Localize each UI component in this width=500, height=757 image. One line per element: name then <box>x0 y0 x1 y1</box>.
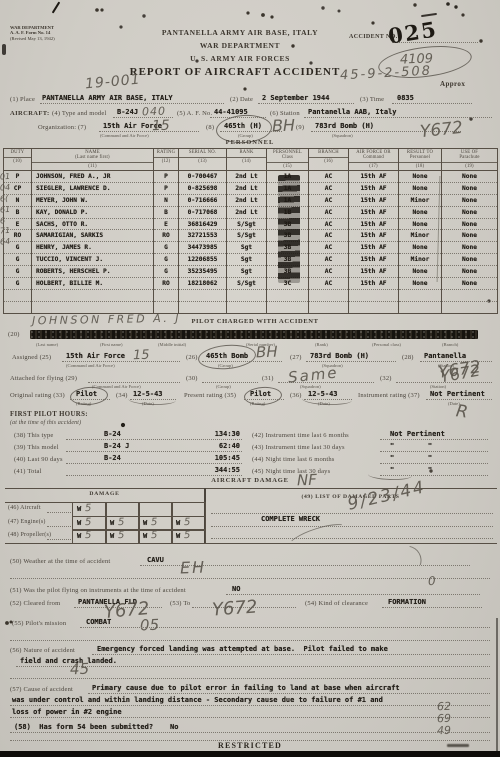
header-base-line: PANTANELLA ARMY AIR BASE, ITALY <box>120 28 360 37</box>
cell-airforce: 15th AF <box>349 278 399 290</box>
scan-mark-topleft <box>2 44 6 55</box>
cell-result: None <box>399 278 442 290</box>
cell-rank: S/Sgt <box>227 230 267 242</box>
form-line <box>47 539 71 540</box>
instruments-value: NO <box>232 585 240 593</box>
cell-serial: 0-700467 <box>179 171 227 183</box>
form-line <box>226 594 480 595</box>
hours-value: 344:55 <box>192 466 240 474</box>
header-number: (19) <box>442 162 497 169</box>
form54-question: (58) Has form 54 been submitted? <box>14 723 153 731</box>
cell-name: SIEGLER, LAWRENCE D. <box>32 182 154 194</box>
hours-label: (43) Instrument time last 30 days <box>252 444 345 451</box>
cell-parachute: None <box>442 218 498 230</box>
pencil-underline <box>368 469 412 481</box>
cell-serial: 0-825698 <box>179 182 227 194</box>
form54-answer: No <box>170 723 178 731</box>
cell-name: ROBERTS, HERSCHEL P. <box>32 266 154 278</box>
attached-31-label: (31) <box>262 375 274 382</box>
header-line1: Duty <box>4 150 31 155</box>
cell-result: None <box>399 171 442 183</box>
assigned-af-sublabel: (Command and Air Force) <box>66 363 115 368</box>
personnel-column-header: Branch (16) <box>309 149 349 171</box>
cell-rank: Sgt <box>227 242 267 254</box>
cell-branch: AC <box>309 182 349 194</box>
hours-value: 62:40 <box>192 442 240 450</box>
personnel-row: G TUCCIO, VINCENT J. G 12206855 Sgt 3B A… <box>4 254 498 266</box>
header-line2: Parachute <box>442 155 497 160</box>
cell-name <box>32 289 154 301</box>
form-line <box>306 361 396 362</box>
cell-branch: AC <box>309 230 349 242</box>
margin-number <box>0 270 14 282</box>
damage-section-handwritten: NF <box>297 471 317 490</box>
cleared-label: (52) Cleared from <box>10 600 60 607</box>
type-label: (4) Type and model <box>52 110 106 117</box>
hours-row: (42) Instrument time last 6 months Not P… <box>252 430 492 442</box>
cause-line1: Primary cause due to pilot error in fail… <box>92 684 400 692</box>
sublabel-personal-class: (Personal class) <box>372 342 401 347</box>
assigned-sq-value: 783rd Bomb (H) <box>310 352 369 360</box>
form-line <box>66 439 242 440</box>
cell-parachute: None <box>442 182 498 194</box>
header-line1: Rating <box>154 150 178 155</box>
cell-rank: 2nd Lt <box>227 206 267 218</box>
cell-result <box>399 301 442 313</box>
hours-label: (38) This type <box>14 432 54 439</box>
sublabel-rank: (Rank) <box>315 342 328 347</box>
cell-airforce: 15th AF <box>349 230 399 242</box>
personnel-column-header: Rank (14) <box>227 149 267 171</box>
damage-w-typed: W <box>77 532 81 540</box>
cell-name: MEYER, JOHN W. <box>32 194 154 206</box>
header-dept-line: WAR DEPARTMENT <box>120 41 360 50</box>
personnel-row: P JOHNSON, FRED A., JR P 0-700467 2nd Lt… <box>4 171 498 183</box>
cell-branch: AC <box>309 206 349 218</box>
cell-rating: P <box>154 182 179 194</box>
personnel-section-title: PERSONNEL <box>180 139 320 146</box>
cell-rating: G <box>154 254 179 266</box>
damage-table: DAMAGE (49) LIST OF DAMAGED PARTS COMPLE… <box>5 488 497 544</box>
damaged-parts-value: COMPLETE WRECK <box>261 515 320 523</box>
cell-serial: 34473985 <box>179 242 227 254</box>
damage-rows: (46) Aircraft W 5 (47) E <box>5 502 204 543</box>
form-line <box>92 654 490 655</box>
personnel-column-header: Rating (12) <box>154 149 179 171</box>
cell-airforce: 15th AF <box>349 171 399 183</box>
cell-name <box>32 301 154 313</box>
cell-duty <box>4 289 32 301</box>
cell-name: HENRY, JAMES R. <box>32 242 154 254</box>
orig-rating-label: Original rating (33) <box>10 392 65 399</box>
cell-parachute <box>442 289 498 301</box>
cell-rank: 2nd Lt <box>227 182 267 194</box>
header-line1: Serial No. <box>179 150 226 155</box>
hours-label: (39) This model <box>14 444 59 451</box>
hours-subtitle: (at the time of this accident) <box>10 420 81 426</box>
pilot-section-title: PILOT CHARGED WITH ACCIDENT <box>170 318 340 325</box>
damage-w-typed: W <box>110 532 114 540</box>
nature-label: (56) Nature of accident <box>10 647 75 654</box>
personnel-row: G ROBERTS, HERSCHEL P. G 35235495 Sgt 3B… <box>4 266 498 278</box>
cell-branch: AC <box>309 254 349 266</box>
cell-parachute: None <box>442 171 498 183</box>
scan-bottom-bar <box>0 751 500 757</box>
pencil-scribble <box>286 519 351 555</box>
instr-rating-value: Not Pertinent <box>430 390 485 398</box>
present-rating-label: Present rating (35) <box>184 392 236 399</box>
form-line <box>47 526 71 527</box>
hours-type: B-24 J <box>104 442 129 450</box>
hours-row: (40) Last 90 days B-24 105:45 <box>14 454 244 466</box>
instruments-label: (51) Was the pilot flying on instruments… <box>10 587 186 594</box>
damage-degree-handwritten: 5 <box>151 516 158 527</box>
cell-branch: AC <box>309 171 349 183</box>
header-number: (12) <box>154 157 178 164</box>
damage-w-typed: W <box>176 532 180 540</box>
cell-branch: AC <box>309 266 349 278</box>
cell-rating: RO <box>154 230 179 242</box>
cause-label: (57) Cause of accident <box>10 686 73 693</box>
form-line <box>380 451 488 452</box>
cell-parachute <box>442 301 498 313</box>
cell-rank: S/Sgt <box>227 218 267 230</box>
personnel-row <box>4 301 498 313</box>
damage-degree-handwritten: 5 <box>85 503 92 514</box>
scan-edge-right <box>496 618 498 757</box>
cell-parachute: None <box>442 266 498 278</box>
case-no-handwritten: 19-001 <box>84 72 141 93</box>
form-line <box>99 131 199 132</box>
nature-line2: field and crash landed. <box>20 657 117 665</box>
form-line <box>88 382 180 383</box>
hours-type: B-24 <box>104 430 121 438</box>
cell-rating: E <box>154 218 179 230</box>
hours-label: (42) Instrument time last 6 months <box>252 432 349 439</box>
attached-same-handwritten: Same <box>287 363 339 386</box>
cleared-handwritten-2: 05 <box>140 616 160 635</box>
cell-parachute: None <box>442 278 498 290</box>
header-number: (14) <box>227 157 266 164</box>
form-line <box>47 512 71 513</box>
to-handwritten: Y672 <box>211 596 258 620</box>
instr-rating-handwritten: R <box>455 401 469 422</box>
org-sq-handwritten: Y672 <box>419 118 464 142</box>
form-line <box>10 705 490 706</box>
cell-serial: 36816429 <box>179 218 227 230</box>
pencil-underline <box>128 393 176 406</box>
hours-title: FIRST PILOT HOURS: <box>10 411 88 418</box>
form-line <box>40 103 224 104</box>
hours-left-rows: (38) This type B-24 134:30 (39) This mod… <box>14 430 244 478</box>
header-number: (10) <box>4 157 31 164</box>
personnel-column-header: Air Force or Command (17) <box>349 149 399 171</box>
org-sq-value: 783rd Bomb (H) <box>315 122 374 130</box>
time-value: 0835 <box>397 94 414 102</box>
personnel-column-header: NAME (Last name first) (11) <box>32 149 154 171</box>
org-label: Organization: (7) <box>38 124 86 131</box>
cell-airforce: 15th AF <box>349 206 399 218</box>
type-value: B-24J <box>117 108 138 116</box>
cell-name: KAY, DONALD P. <box>32 206 154 218</box>
clearance-value: FORMATION <box>388 598 426 606</box>
damage-degree-handwritten: 5 <box>85 530 92 541</box>
cell-airforce <box>349 301 399 313</box>
cell-serial <box>179 301 227 313</box>
assigned-group-handwritten: BH <box>256 343 278 362</box>
aircraft-label: AIRCRAFT: <box>10 110 50 117</box>
hours-label: (44) Night time last 6 months <box>252 456 335 463</box>
scan-mark-top <box>52 1 61 13</box>
cell-result: Minor <box>399 194 442 206</box>
personnel-column-header: Duty (10) <box>4 149 32 171</box>
cell-rank: 2nd Lt <box>227 171 267 183</box>
cell-parachute: None <box>442 242 498 254</box>
cell-branch: AC <box>309 278 349 290</box>
assigned-af-value: 15th Air Force <box>66 352 125 360</box>
header-number: (15) <box>267 162 308 169</box>
form-line <box>244 399 284 400</box>
damaged-parts-date-handwritten: 9/23/44 <box>346 477 428 514</box>
form-line <box>382 607 482 608</box>
form-line <box>62 361 180 362</box>
form-line <box>211 538 493 539</box>
form-line <box>80 627 490 628</box>
header-line1: Branch <box>309 150 348 155</box>
assigned-sta-label: (28) <box>402 354 414 361</box>
form-line <box>426 399 492 400</box>
form-line <box>392 103 472 104</box>
cell-rating: RO <box>154 278 179 290</box>
assigned-group-sublabel: (Group) <box>218 363 233 368</box>
org-group-handwritten: BH <box>272 116 296 136</box>
sublabel-last-name: (Last name) <box>36 342 58 347</box>
damage-row-label: (46) Aircraft <box>8 505 41 511</box>
header-line2: (Last name first) <box>32 155 153 160</box>
line20-label: (20) <box>8 331 20 338</box>
cell-airforce: 15th AF <box>349 242 399 254</box>
personnel-row <box>4 289 498 301</box>
present-rating-sublabel: (Rating) <box>250 401 265 406</box>
hours-value: 134:30 <box>192 430 240 438</box>
cell-branch: AC <box>309 242 349 254</box>
personnel-row: B KAY, DONALD P. B 0-717068 2nd Lt 1B AC… <box>4 206 498 218</box>
cell-branch <box>309 301 349 313</box>
assigned-group-label: (26) <box>186 354 198 361</box>
header-number: (17) <box>349 162 398 169</box>
cell-branch: AC <box>309 218 349 230</box>
damage-w-typed: W <box>110 519 114 527</box>
org-af-sublabel: (Command and Air Force) <box>100 133 149 138</box>
cell-parachute: None <box>442 254 498 266</box>
damage-row-label: (48) Propeller(s) <box>8 532 51 538</box>
form-line <box>380 439 488 440</box>
form-line <box>304 117 492 118</box>
cell-rank: Sgt <box>227 266 267 278</box>
cell-name: HOLBERT, BILLIE M. <box>32 278 154 290</box>
attached-group-sublabel: (Group) <box>216 384 231 389</box>
hours-row: (38) This type B-24 134:30 <box>14 430 244 442</box>
cell-parachute: None <box>442 230 498 242</box>
hours-value: " " <box>390 454 432 462</box>
form-line <box>10 732 490 733</box>
pencil-smudge-class-column <box>278 175 300 283</box>
damage-degree-handwritten: 5 <box>151 530 158 541</box>
damage-w-typed: W <box>77 519 81 527</box>
personnel-column-header: Use of Parachute (19) <box>442 149 498 171</box>
form-line <box>70 399 110 400</box>
cell-rank: S/Sgt <box>227 278 267 290</box>
form-line <box>380 463 488 464</box>
personnel-row: RO SAMARIGIAN, SARKIS RO 32721553 S/Sgt … <box>4 230 498 242</box>
weather-value: CAVU <box>147 556 164 564</box>
cell-airforce: 15th AF <box>349 194 399 206</box>
header-number: (13) <box>179 157 226 164</box>
cause-handwritten-3: 49 <box>437 724 451 737</box>
cause-line2: was under control and within landing dis… <box>12 696 383 704</box>
cell-rating: N <box>154 194 179 206</box>
cell-airforce: 15th AF <box>349 254 399 266</box>
damage-row: (46) Aircraft W 5 <box>5 502 204 516</box>
cell-name: TUCCIO, VINCENT J. <box>32 254 154 266</box>
personnel-row: N MEYER, JOHN W. N 0-716666 2nd Lt 1A AC… <box>4 194 498 206</box>
cell-duty <box>4 301 32 313</box>
hours-row: (39) This model B-24 J 62:40 <box>14 442 244 454</box>
mission-label: (55) Pilot's mission <box>12 620 66 627</box>
cell-serial: 32721553 <box>179 230 227 242</box>
cause-line3: loss of power in #2 engine <box>12 708 122 716</box>
cell-serial: 35235495 <box>179 266 227 278</box>
station-value: Pantanella AAB, Italy <box>308 108 397 116</box>
form-line <box>66 475 242 476</box>
personnel-column-header: Serial No. (13) <box>179 149 227 171</box>
place-value: PANTANELLA ARMY AIR BASE, ITALY <box>42 94 173 102</box>
cell-name: JOHNSON, FRED A., JR <box>32 171 154 183</box>
restricted-footer: RESTRICTED <box>190 741 310 750</box>
cell-airforce: 15th AF <box>349 182 399 194</box>
damage-table-title: DAMAGE <box>5 491 204 497</box>
form-line <box>202 361 282 362</box>
cell-result: None <box>399 266 442 278</box>
sublabel-branch: (Branch) <box>442 342 458 347</box>
cell-rating <box>154 289 179 301</box>
instr-rating-label: Instrument rating (37) <box>358 392 420 399</box>
hours-value: " " <box>390 442 432 450</box>
form-line <box>10 640 490 641</box>
form-id-block: WAR DEPARTMENT A. A. F. Form No. 14 (Rev… <box>10 25 55 41</box>
damage-w-typed: W <box>176 519 180 527</box>
cell-airforce: 15th AF <box>349 218 399 230</box>
header-line1: Rank <box>227 150 266 155</box>
attached-30-label: (30) <box>186 375 198 382</box>
damage-w-typed: W <box>143 519 147 527</box>
cell-name: SAMARIGIAN, SARKIS <box>32 230 154 242</box>
personnel-row: CP SIEGLER, LAWRENCE D. P 0-825698 2nd L… <box>4 182 498 194</box>
damage-degree-handwritten: 5 <box>85 516 92 527</box>
weather-label: (50) Weather at the time of accident <box>10 558 110 565</box>
form-line <box>10 717 490 718</box>
orig-date-label: (34) <box>116 392 128 399</box>
personnel-column-header: Personnel Class (15) <box>267 149 309 171</box>
form-line <box>220 131 282 132</box>
damage-row-label: (47) Engine(s) <box>8 519 46 525</box>
accident-report-page: WAR DEPARTMENT A. A. F. Form No. 14 (Rev… <box>0 0 500 757</box>
clearance-label: (54) Kind of clearance <box>305 600 368 607</box>
sublabel-first-name: (First name) <box>100 342 123 347</box>
redacted-pilot-identity-bar <box>30 330 478 339</box>
margin-number: 61 <box>0 204 14 216</box>
cell-serial: 12206855 <box>179 254 227 266</box>
form-line <box>10 678 490 679</box>
form-line <box>66 463 242 464</box>
nature-line1: Emergency forced landing was attempted a… <box>97 645 388 653</box>
hours-value: Not Pertinent <box>390 430 445 438</box>
org-sq-sublabel: (Squadron) <box>332 133 353 138</box>
orig-rating-sublabel: (Rating) <box>76 401 91 406</box>
print-code-smudge <box>447 744 469 747</box>
place-label: (1) Place <box>10 96 35 103</box>
sublabel-middle-initial: (Middle initial) <box>158 342 186 347</box>
damage-degree-handwritten: 5 <box>184 530 191 541</box>
margin-number: 6( <box>0 193 14 205</box>
date-label: (2) Date <box>230 96 253 103</box>
org-group-label: (8) <box>206 124 214 131</box>
cell-parachute: None <box>442 206 498 218</box>
personnel-row: G HOLBERT, BILLIE M. RO 18218062 S/Sgt 3… <box>4 278 498 290</box>
time-approx-label: Approx <box>440 80 465 88</box>
nature-handwritten: 45 <box>70 660 90 679</box>
hours-row: (43) Instrument time last 30 days " " <box>252 442 492 454</box>
damage-degree-handwritten: 5 <box>184 516 191 527</box>
cell-airforce <box>349 289 399 301</box>
hours-value: 105:45 <box>192 454 240 462</box>
cell-rank: Sgt <box>227 254 267 266</box>
cell-result: Minor <box>399 230 442 242</box>
attached-32-label: (32) <box>380 375 392 382</box>
form-line <box>66 451 242 452</box>
personnel-table: Duty (10) NAME (Last name first) (11) Ra… <box>3 148 498 314</box>
cell-airforce: 15th AF <box>349 266 399 278</box>
cell-result: None <box>399 218 442 230</box>
form-line <box>202 382 258 383</box>
time-label: (3) Time <box>360 96 384 103</box>
cell-serial: 18218062 <box>179 278 227 290</box>
mission-value: COMBAT <box>86 618 111 626</box>
accident-no-stamp: 025 <box>386 16 439 48</box>
assigned-label: Assigned (25) <box>12 354 51 361</box>
cell-rank <box>227 289 267 301</box>
hours-row: (44) Night time last 6 months " " <box>252 454 492 466</box>
damage-w-typed: W <box>77 505 81 513</box>
header-line2: Personnel <box>399 155 441 160</box>
afno-label: (5) A. F. No. <box>177 110 212 117</box>
to-label: (53) To <box>170 600 191 607</box>
cell-result: None <box>399 242 442 254</box>
pilot-name-handwritten: JOHNSON FRED A. J <box>32 312 181 328</box>
cell-class <box>267 289 309 301</box>
weather-handwritten: EH <box>180 558 207 578</box>
cell-class <box>267 301 309 313</box>
cell-result: None <box>399 182 442 194</box>
cell-name: SACHS, OTTO R. <box>32 218 154 230</box>
damage-degree-handwritten: 5 <box>118 516 125 527</box>
damage-row: (47) Engine(s) W 5 W 5 W 5 W 5 <box>5 516 204 530</box>
org-sq-label: (9) <box>296 124 304 131</box>
cell-serial <box>179 289 227 301</box>
form-line <box>10 578 490 579</box>
hours-label: (41) Total <box>14 468 42 475</box>
header-line2: Class <box>267 155 308 160</box>
